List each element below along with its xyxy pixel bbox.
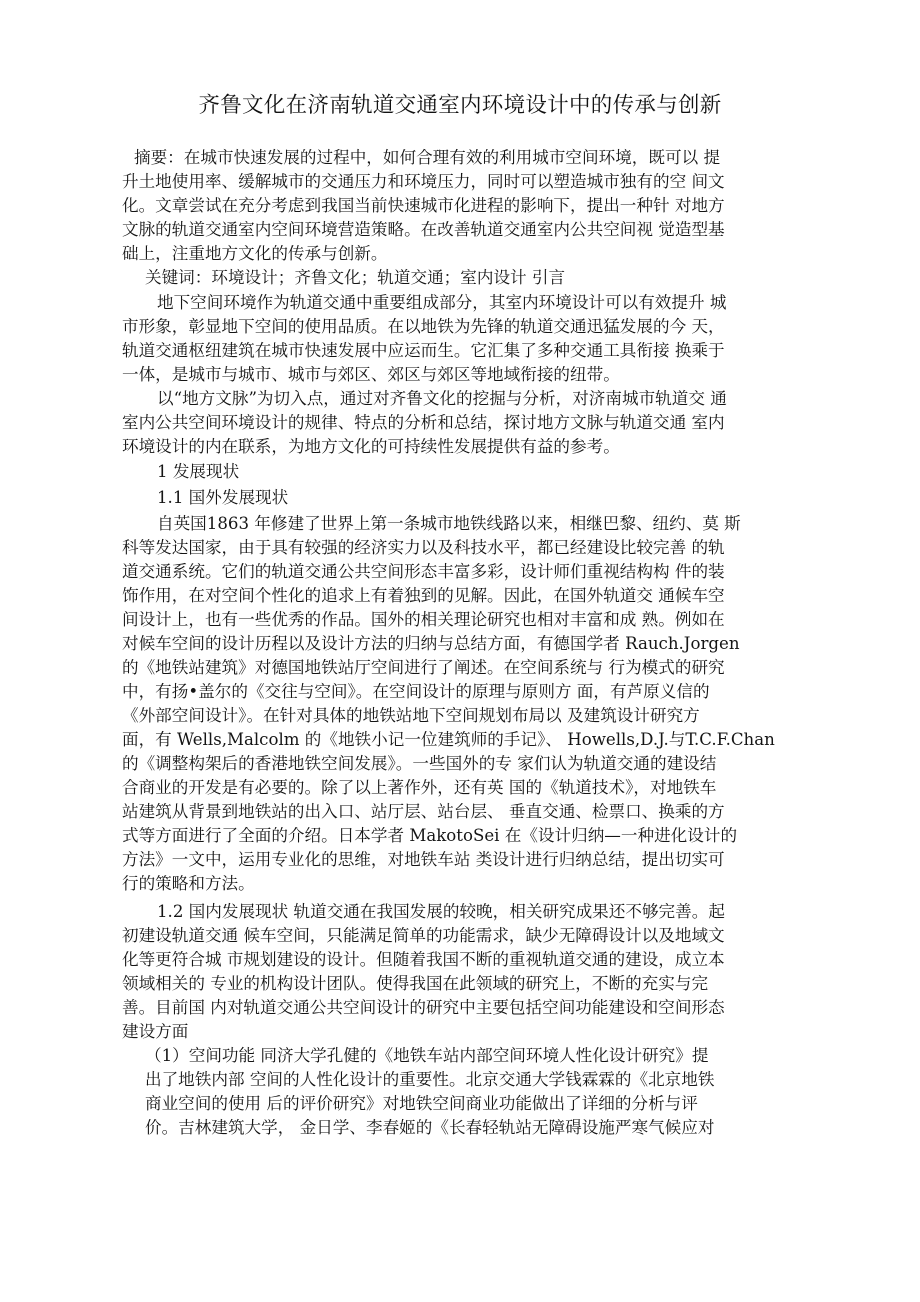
text-line: 对候车空间的设计历程以及设计方法的归纳与总结方面，有德国学者 Rauch.Jor… [122, 632, 740, 656]
text-line: 合商业的开发是有必要的。除了以上著作外，还有英 国的《轨道技术》，对地铁车 [122, 776, 716, 800]
text-line: 市形象，彰显地下空间的使用品质。在以地铁为先锋的轨道交通迅猛发展的今 天， [122, 315, 725, 339]
text-line: 式等方面进行了全面的介绍。日本学者 MakotoSei 在《设计归纳—一种进化设… [122, 824, 737, 848]
document-title: 齐鲁文化在济南轨道交通室内环境设计中的传承与创新 [0, 88, 920, 119]
text-line: 方法》一文中，运用专业化的思维，对地铁车站 类设计进行归纳总结，提出切实可 [122, 848, 725, 872]
text-line: 道交通系统。它们的轨道交通公共空间形态丰富多彩，设计师们重视结构构 件的装 [122, 560, 725, 584]
text-line: 站建筑从背景到地铁站的出入口、站厅层、站台层、 垂直交通、检票口、换乘的方 [122, 800, 725, 824]
text-line: 升土地使用率、缓解城市的交通压力和环境压力，同时可以塑造城市独有的空 间文 [122, 170, 725, 194]
text-line: 面，有 Wells,Malcolm 的《地铁小记一位建筑师的手记》、 Howel… [122, 728, 775, 752]
text-line: 1.1 国外发展现状 [157, 486, 288, 510]
text-line: 商业空间的使用 后的评价研究》对地铁空间商业功能做出了详细的分析与评 [145, 1092, 698, 1116]
text-line: 的《调整构架后的香港地铁空间发展》。一些国外的专 家们认为轨道交通的建设结 [122, 752, 716, 776]
text-line: 中，有扬•盖尔的《交往与空间》。在空间设计的原理与原则方 面，有芦原义信的 [122, 680, 710, 704]
document-page: 齐鲁文化在济南轨道交通室内环境设计中的传承与创新 摘要：在城市快速发展的过程中，… [0, 0, 920, 1302]
text-line: 价。吉林建筑大学， 金日学、李春姬的《长春轻轨站无障碍设施严寒气候应对 [145, 1116, 714, 1140]
text-line: 室内公共空间环境设计的规律、特点的分析和总结，探讨地方文脉与轨道交通 室内 [122, 411, 725, 435]
text-line: 间设计上，也有一些优秀的作品。国外的相关理论研究也相对丰富和成 熟。例如在 [122, 608, 725, 632]
text-line: 环境设计的内在联系，为地方文化的可持续性发展提供有益的参考。 [122, 435, 620, 459]
text-line: 《外部空间设计》。在针对具体的地铁站地下空间规划布局以 及建筑设计研究方 [122, 704, 700, 728]
text-line: 地下空间环境作为轨道交通中重要组成部分，其室内环境设计可以有效提升 城 [157, 291, 726, 315]
text-line: （1）空间功能 同济大学孔健的《地铁车站内部空间环境人性化设计研究》提 [145, 1044, 708, 1068]
text-line: 行的策略和方法。 [122, 872, 255, 896]
text-line: 摘要：在城市快速发展的过程中，如何合理有效的利用城市空间环境，既可以 提 [134, 146, 720, 170]
text-line: 1 发展现状 [157, 460, 239, 484]
text-line: 以“地方文脉”为切入点，通过对齐鲁文化的挖掘与分析，对济南城市轨道交 通 [157, 387, 727, 411]
text-line: 善。目前国 内对轨道交通公共空间设计的研究中主要包括空间功能建设和空间形态 [122, 996, 725, 1020]
text-line: 建设方面 [122, 1020, 188, 1044]
text-line: 饰作用，在对空间个性化的追求上有着独到的见解。因此，在国外轨道交 通候车空 [122, 584, 725, 608]
text-line: 文脉的轨道交通室内空间环境营造策略。在改善轨道交通室内公共空间视 觉造型基 [122, 218, 725, 242]
text-line: 自英国1863 年修建了世界上第一条城市地铁线路以来，相继巴黎、纽约、莫 斯 [157, 512, 741, 536]
text-line: 化等更符合城 市规划建设的设计。但随着我国不断的重视轨道交通的建设，成立本 [122, 948, 725, 972]
text-line: 化。文章尝试在充分考虑到我国当前快速城市化进程的影响下，提出一种针 对地方 [122, 194, 725, 218]
text-line: 一体，是城市与城市、城市与郊区、郊区与郊区等地域衔接的纽带。 [122, 363, 620, 387]
text-line: 1.2 国内发展现状 轨道交通在我国发展的较晚，相关研究成果还不够完善。起 [157, 900, 725, 924]
text-line: 初建设轨道交通 候车空间，只能满足简单的功能需求，缺少无障碍设计以及地域文 [122, 924, 725, 948]
text-line: 轨道交通枢纽建筑在城市快速发展中应运而生。它汇集了多种交通工具衔接 换乘于 [122, 339, 725, 363]
text-line: 础上，注重地方文化的传承与创新。 [122, 242, 388, 266]
text-line: 出了地铁内部 空间的人性化设计的重要性。北京交通大学钱霖霖的《北京地铁 [145, 1068, 714, 1092]
text-line: 的《地铁站建筑》对德国地铁站厅空间进行了阐述。在空间系统与 行为模式的研究 [122, 656, 725, 680]
text-line: 科等发达国家，由于具有较强的经济实力以及科技水平，都已经建设比较完善 的轨 [122, 536, 725, 560]
text-line: 领域相关的 专业的机构设计团队。使得我国在此领域的研究上，不断的充实与完 [122, 972, 708, 996]
text-line: 关键词：环境设计；齐鲁文化；轨道交通；室内设计 引言 [145, 266, 565, 290]
